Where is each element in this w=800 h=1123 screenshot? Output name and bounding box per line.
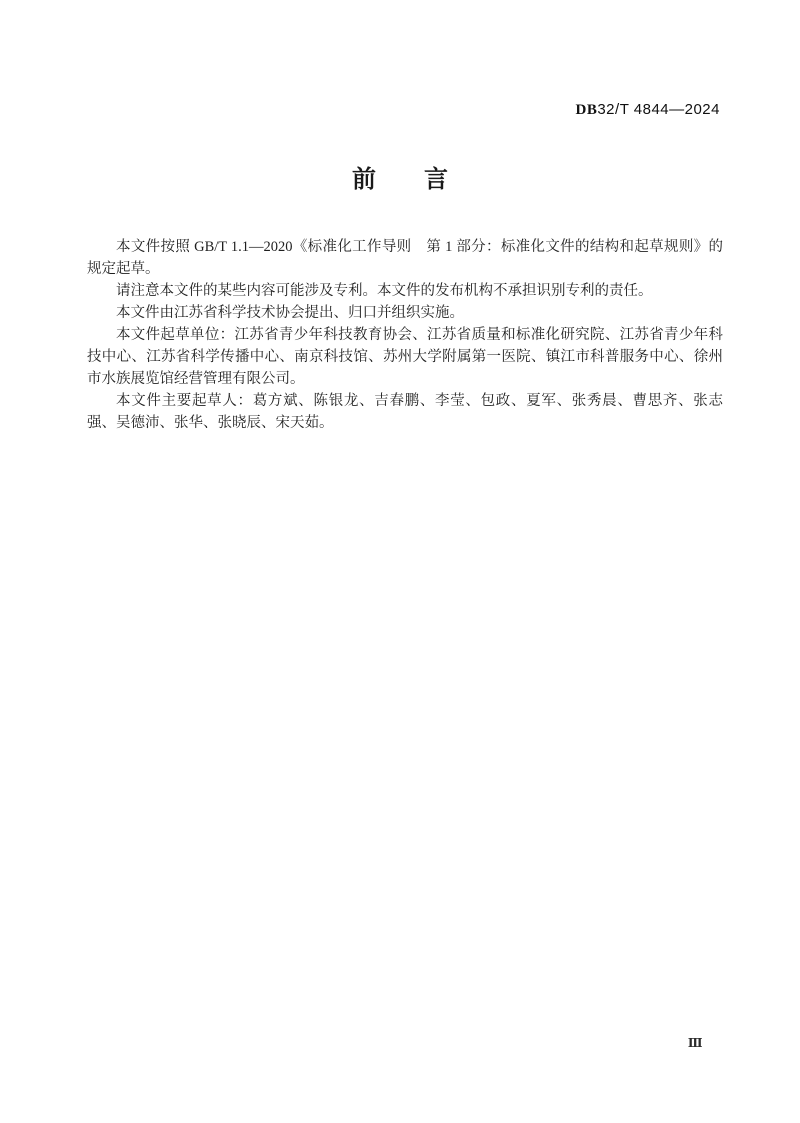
paragraph-main-drafters: 本文件主要起草人：葛方斌、陈银龙、吉春鹏、李莹、包政、夏军、张秀晨、曹思齐、张志… — [87, 390, 723, 434]
paragraph-drafting-organizations: 本文件起草单位：江苏省青少年科技教育协会、江苏省质量和标准化研究院、江苏省青少年… — [87, 324, 723, 390]
doc-number-rest: 32/T 4844—2024 — [597, 101, 720, 118]
doc-number-prefix: DB — [576, 102, 598, 118]
document-header: DB32/T 4844—2024 — [87, 101, 720, 119]
document-footer: Ⅲ — [87, 1036, 703, 1051]
document-page: DB32/T 4844—2024 前 言 本文件按照 GB/T 1.1—2020… — [0, 0, 800, 1123]
foreword-body: 本文件按照 GB/T 1.1—2020《标准化工作导则 第 1 部分：标准化文件… — [87, 236, 723, 434]
paragraph-patent-notice: 请注意本文件的某些内容可能涉及专利。本文件的发布机构不承担识别专利的责任。 — [87, 280, 723, 302]
paragraph-drafting-rule: 本文件按照 GB/T 1.1—2020《标准化工作导则 第 1 部分：标准化文件… — [87, 236, 723, 280]
doc-number: DB32/T 4844—2024 — [576, 102, 721, 118]
page-title: 前 言 — [0, 166, 800, 194]
page-number: Ⅲ — [688, 1036, 703, 1050]
paragraph-proposing-org: 本文件由江苏省科学技术协会提出、归口并组织实施。 — [87, 302, 723, 324]
